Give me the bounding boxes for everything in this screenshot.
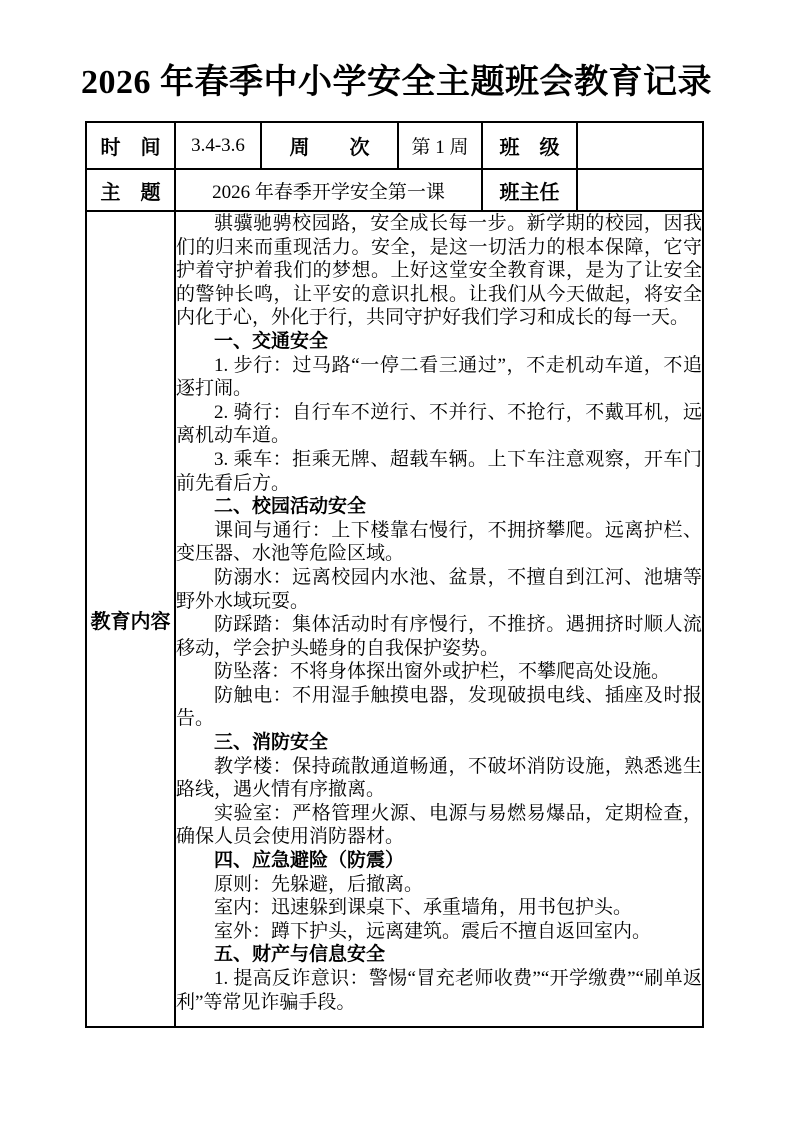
teacher-label: 班主任 bbox=[500, 182, 560, 204]
topic-label-cell: 主 题 bbox=[86, 169, 175, 211]
topic-value: 2026 年春季开学安全第一课 bbox=[212, 182, 445, 203]
topic-label: 主 题 bbox=[101, 182, 161, 204]
teacher-label-cell: 班主任 bbox=[482, 169, 577, 211]
class-label-cell: 班 级 bbox=[482, 122, 577, 169]
content-section-heading: 五、财产与信息安全 bbox=[176, 943, 702, 967]
week-value-cell: 第 1 周 bbox=[398, 122, 482, 169]
content-section-heading: 二、校园活动安全 bbox=[176, 495, 702, 519]
content-section-heading: 三、消防安全 bbox=[176, 731, 702, 755]
content-paragraph: 防溺水：远离校园内水池、盆景，不擅自到江河、池塘等野外水域玩耍。 bbox=[176, 566, 702, 613]
content-section-heading: 四、应急避险（防震） bbox=[176, 849, 702, 873]
record-table: 时 间 3.4-3.6 周 次 第 1 周 班 级 bbox=[85, 121, 704, 1028]
content-paragraph: 2. 骑行：自行车不逆行、不并行、不抢行，不戴耳机，远离机动车道。 bbox=[176, 401, 702, 448]
week-value: 第 1 周 bbox=[411, 137, 468, 158]
class-value-cell bbox=[577, 122, 703, 169]
time-label-cell: 时 间 bbox=[86, 122, 175, 169]
content-label-cell: 教育内容 bbox=[86, 211, 175, 1027]
time-value: 3.4-3.6 bbox=[191, 135, 245, 156]
content-paragraph: 1. 步行：过马路“一停二看三通过”，不走机动车道，不追逐打闹。 bbox=[176, 354, 702, 401]
content-section-heading: 一、交通安全 bbox=[176, 330, 702, 354]
week-label-cell: 周 次 bbox=[261, 122, 398, 169]
teacher-value-cell bbox=[577, 169, 703, 211]
content-paragraph: 3. 乘车：拒乘无牌、超载车辆。上下车注意观察，开车门前先看后方。 bbox=[176, 448, 702, 495]
table-row-content: 教育内容 骐骥驰骋校园路，安全成长每一步。新学期的校园，因我们的归来而重现活力。… bbox=[86, 211, 703, 1027]
content-paragraph: 原则：先躲避，后撤离。 bbox=[176, 873, 702, 897]
content-paragraph: 防踩踏：集体活动时有序慢行，不推挤。遇拥挤时顺人流移动，学会护头蜷身的自我保护姿… bbox=[176, 613, 702, 660]
time-value-cell: 3.4-3.6 bbox=[175, 122, 261, 169]
content-paragraph: 课间与通行：上下楼靠右慢行，不拥挤攀爬。远离护栏、变压器、水池等危险区域。 bbox=[176, 519, 702, 566]
content-paragraph: 室外：蹲下护头，远离建筑。震后不擅自返回室内。 bbox=[176, 920, 702, 944]
content-label: 教育内容 bbox=[91, 611, 171, 633]
content-paragraph: 防触电：不用湿手触摸电器，发现破损电线、插座及时报告。 bbox=[176, 684, 702, 731]
content-paragraph: 教学楼：保持疏散通道畅通，不破坏消防设施，熟悉逃生路线，遇火情有序撤离。 bbox=[176, 755, 702, 802]
content-paragraph: 防坠落：不将身体探出窗外或护栏，不攀爬高处设施。 bbox=[176, 660, 702, 684]
content-paragraph: 骐骥驰骋校园路，安全成长每一步。新学期的校园，因我们的归来而重现活力。安全，是这… bbox=[176, 212, 702, 330]
content-paragraph: 1. 提高反诈意识：警惕“冒充老师收费”“开学缴费”“刷单返利”等常见诈骗手段。 bbox=[176, 967, 702, 1014]
content-paragraph: 室内：迅速躲到课桌下、承重墙角，用书包护头。 bbox=[176, 896, 702, 920]
time-label: 时 间 bbox=[101, 137, 161, 159]
class-label: 班 级 bbox=[500, 137, 560, 159]
table-row-time: 时 间 3.4-3.6 周 次 第 1 周 班 级 bbox=[86, 122, 703, 169]
table-row-topic: 主 题 2026 年春季开学安全第一课 班主任 bbox=[86, 169, 703, 211]
education-content-cell: 骐骥驰骋校园路，安全成长每一步。新学期的校园，因我们的归来而重现活力。安全，是这… bbox=[175, 211, 703, 1027]
week-label: 周 次 bbox=[290, 137, 370, 159]
content-paragraph: 实验室：严格管理火源、电源与易燃易爆品，定期检查，确保人员会使用消防器材。 bbox=[176, 802, 702, 849]
topic-value-cell: 2026 年春季开学安全第一课 bbox=[175, 169, 482, 211]
page-title: 2026 年春季中小学安全主题班会教育记录 bbox=[0, 54, 793, 103]
